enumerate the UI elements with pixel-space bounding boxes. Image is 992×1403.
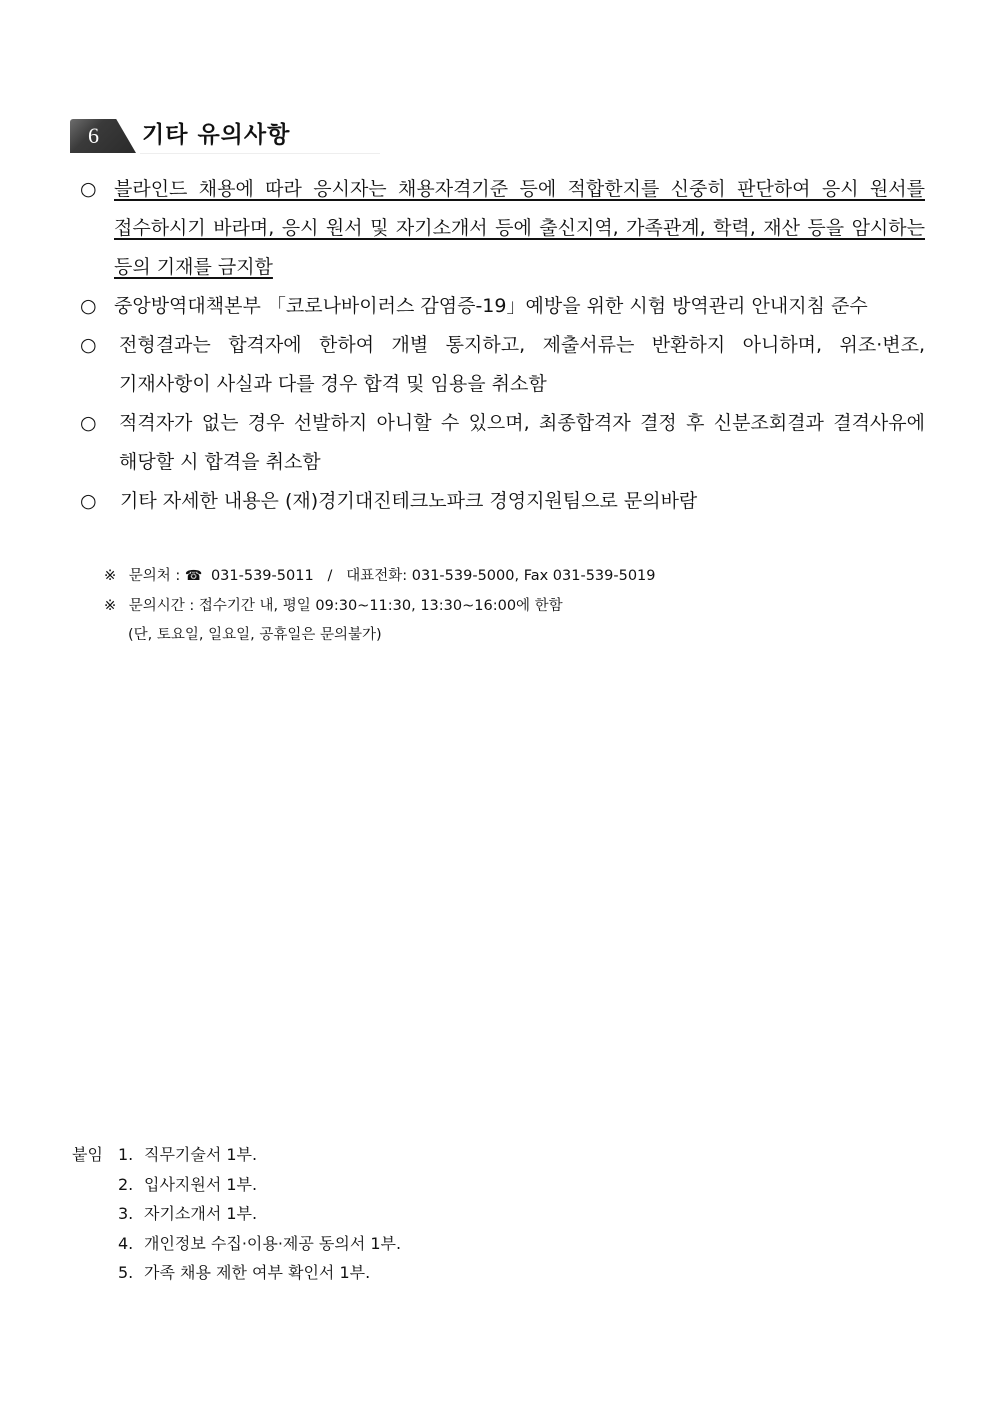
hours-exception-text: (단, 토요일, 일요일, 공휴일은 문의불가) [128, 627, 382, 643]
attachment-item: 5.가족 채용 제한 여부 확인서 1부. [72, 1258, 672, 1288]
notice-item-blind-hiring: ○ 블라인드 채용에 따라 응시자는 채용자격기준 등에 적합한지를 신중히 판… [80, 170, 925, 287]
contact-notes: ※ 문의처 : ☎ 031-539-5011 / 대표전화: 031-539-5… [104, 562, 804, 651]
attachment-number: 5. [118, 1258, 144, 1288]
fax-number: 031-539-5019 [553, 568, 656, 584]
notice-text: 전형결과는 합격자에 한하여 개별 통지하고, 제출서류는 반환하지 아니하며,… [114, 326, 925, 404]
contact-line: ※ 문의처 : ☎ 031-539-5011 / 대표전화: 031-539-5… [104, 562, 804, 592]
attachment-text: 직무기술서 1부. [144, 1145, 257, 1164]
section-title: 기타 유의사항 [142, 120, 290, 150]
hours-line: ※ 문의시간 : 접수기간 내, 평일 09:30~11:30, 13:30~1… [104, 592, 804, 622]
notice-item-inquiry: ○ 기타 자세한 내용은 (재)경기대진테크노파크 경영지원팀으로 문의바람 [80, 482, 925, 521]
notice-text: 적격자가 없는 경우 선발하지 아니할 수 있으며, 최종합격자 결정 후 신분… [114, 404, 925, 482]
phone-icon: ☎ [185, 568, 202, 584]
attachments-list: 붙임 1.직무기술서 1부. 2.입사지원서 1부. 3.자기소개서 1부. 4… [72, 1140, 672, 1288]
attachment-number: 3. [118, 1199, 144, 1229]
attachment-item: 2.입사지원서 1부. [72, 1170, 672, 1200]
attachments-label: 붙임 [72, 1140, 103, 1170]
notice-text: 중앙방역대책본부 「코로나바이러스 감염증-19」예방을 위한 시험 방역관리 … [114, 287, 925, 326]
section-number-badge: 6 [70, 119, 136, 153]
attachment-number: 1. [118, 1140, 144, 1170]
attachment-item: 붙임 1.직무기술서 1부. [72, 1140, 672, 1170]
attachment-text: 자기소개서 1부. [144, 1204, 257, 1223]
circle-bullet-icon: ○ [80, 482, 97, 521]
document-page: 6 기타 유의사항 ○ 블라인드 채용에 따라 응시자는 채용자격기준 등에 적… [0, 0, 992, 1403]
circle-bullet-icon: ○ [80, 170, 97, 209]
main-phone: 031-539-5000, [412, 568, 519, 584]
notice-text: 기타 자세한 내용은 (재)경기대진테크노파크 경영지원팀으로 문의바람 [120, 482, 925, 521]
main-phone-label: 대표전화: [346, 568, 407, 584]
attachment-number: 2. [118, 1170, 144, 1200]
notice-item-disqualification: ○ 적격자가 없는 경우 선발하지 아니할 수 있으며, 최종합격자 결정 후 … [80, 404, 925, 482]
attachment-item: 4.개인정보 수집·이용·제공 동의서 1부. [72, 1229, 672, 1259]
hours-label: 문의시간 : [129, 598, 195, 614]
separator: / [328, 568, 333, 584]
inquiry-label: 문의처 : [129, 568, 181, 584]
attachment-text: 가족 채용 제한 여부 확인서 1부. [144, 1263, 370, 1282]
heading-divider [140, 153, 380, 154]
hours-text: 접수기간 내, 평일 09:30~11:30, 13:30~16:00에 한함 [199, 598, 563, 614]
notice-text: 블라인드 채용에 따라 응시자는 채용자격기준 등에 적합한지를 신중히 판단하… [114, 170, 925, 287]
circle-bullet-icon: ○ [80, 404, 97, 443]
attachment-text: 입사지원서 1부. [144, 1175, 257, 1194]
attachment-item: 3.자기소개서 1부. [72, 1199, 672, 1229]
section-heading: 6 기타 유의사항 [70, 119, 940, 155]
circle-bullet-icon: ○ [80, 326, 97, 365]
inquiry-phone: 031-539-5011 [211, 568, 314, 584]
notice-item-results: ○ 전형결과는 합격자에 한하여 개별 통지하고, 제출서류는 반환하지 아니하… [80, 326, 925, 404]
notice-list: ○ 블라인드 채용에 따라 응시자는 채용자격기준 등에 적합한지를 신중히 판… [80, 170, 925, 521]
section-number: 6 [88, 122, 99, 150]
attachment-text: 개인정보 수집·이용·제공 동의서 1부. [144, 1234, 401, 1253]
circle-bullet-icon: ○ [80, 287, 97, 326]
notice-item-covid: ○ 중앙방역대책본부 「코로나바이러스 감염증-19」예방을 위한 시험 방역관… [80, 287, 925, 326]
reference-mark: ※ [104, 598, 116, 614]
reference-mark: ※ [104, 568, 116, 584]
hours-exception: (단, 토요일, 일요일, 공휴일은 문의불가) [104, 621, 804, 651]
fax-label: Fax [524, 568, 548, 584]
attachment-number: 4. [118, 1229, 144, 1259]
